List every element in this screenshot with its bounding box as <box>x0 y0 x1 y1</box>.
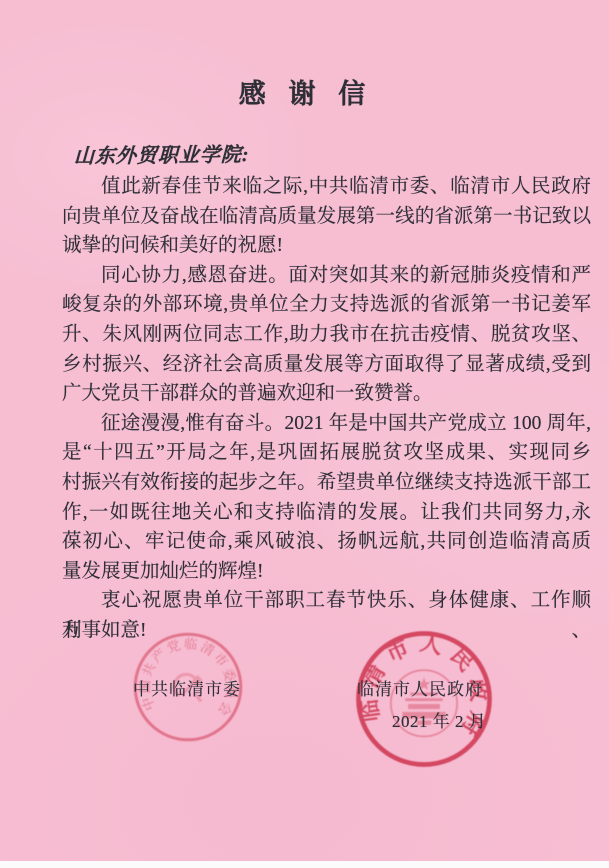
body-line: 升、朱风刚两位同志工作,助力我市在抗击疫情、脱贫攻坚、 <box>62 320 591 350</box>
scanned-letter-page: 感 谢 信 山东外贸职业学院: 值此新春佳节来临之际,中共临清市委、临清市人民政… <box>0 0 609 868</box>
body-line: 值此新春佳节来临之际,中共临清市委、临清市人民政府 <box>62 172 591 202</box>
body-line: 峻复杂的外部环境,贵单位全力支持选派的省派第一书记姜军 <box>62 290 591 320</box>
body-line: 村振兴有效衔接的起步之年。希望贵单位继续支持选派干部工 <box>62 468 591 498</box>
letter-title: 感 谢 信 <box>0 72 609 111</box>
body-line: 作,一如既往地关心和支持临清的发展。让我们共同努力,永 <box>62 498 591 528</box>
letter-body: 值此新春佳节来临之际,中共临清市委、临清市人民政府 向贵单位及奋战在临清高质量发… <box>62 172 591 646</box>
scan-edge-strip <box>0 861 609 868</box>
body-line: 衷心祝愿贵单位干部职工春节快乐、身体健康、工作顺利、 <box>62 586 591 616</box>
signature-date: 2021 年 2 月 <box>392 707 486 732</box>
body-line: 同心协力,感恩奋进。面对突如其来的新冠肺炎疫情和严 <box>62 261 591 291</box>
body-line: 征途漫漫,惟有奋斗。2021 年是中国共产党成立 100 周年, <box>62 409 591 439</box>
signature-party-committee: 中共临清市委 <box>133 675 241 700</box>
body-line: 乡村振兴、经济社会高质量发展等方面取得了显著成绩,受到 <box>62 350 591 380</box>
salutation-recipient: 山东外贸职业学院: <box>74 138 250 169</box>
body-line: 葆初心、牢记使命,乘风破浪、扬帆远航,共同创造临清高质 <box>62 527 591 557</box>
signature-government: 临清市人民政府 <box>357 675 483 700</box>
body-line: 诚挚的问候和美好的祝愿! <box>62 231 591 261</box>
body-line: 是“十四五”开局之年,是巩固拓展脱贫攻坚成果、实现同乡 <box>62 438 591 468</box>
body-line: 向贵单位及奋战在临清高质量发展第一线的省派第一书记致以 <box>62 202 591 232</box>
body-line: 量发展更加灿烂的辉煌! <box>62 557 591 587</box>
body-line: 广大党员干部群众的普遍欢迎和一致赞誉。 <box>62 379 591 409</box>
